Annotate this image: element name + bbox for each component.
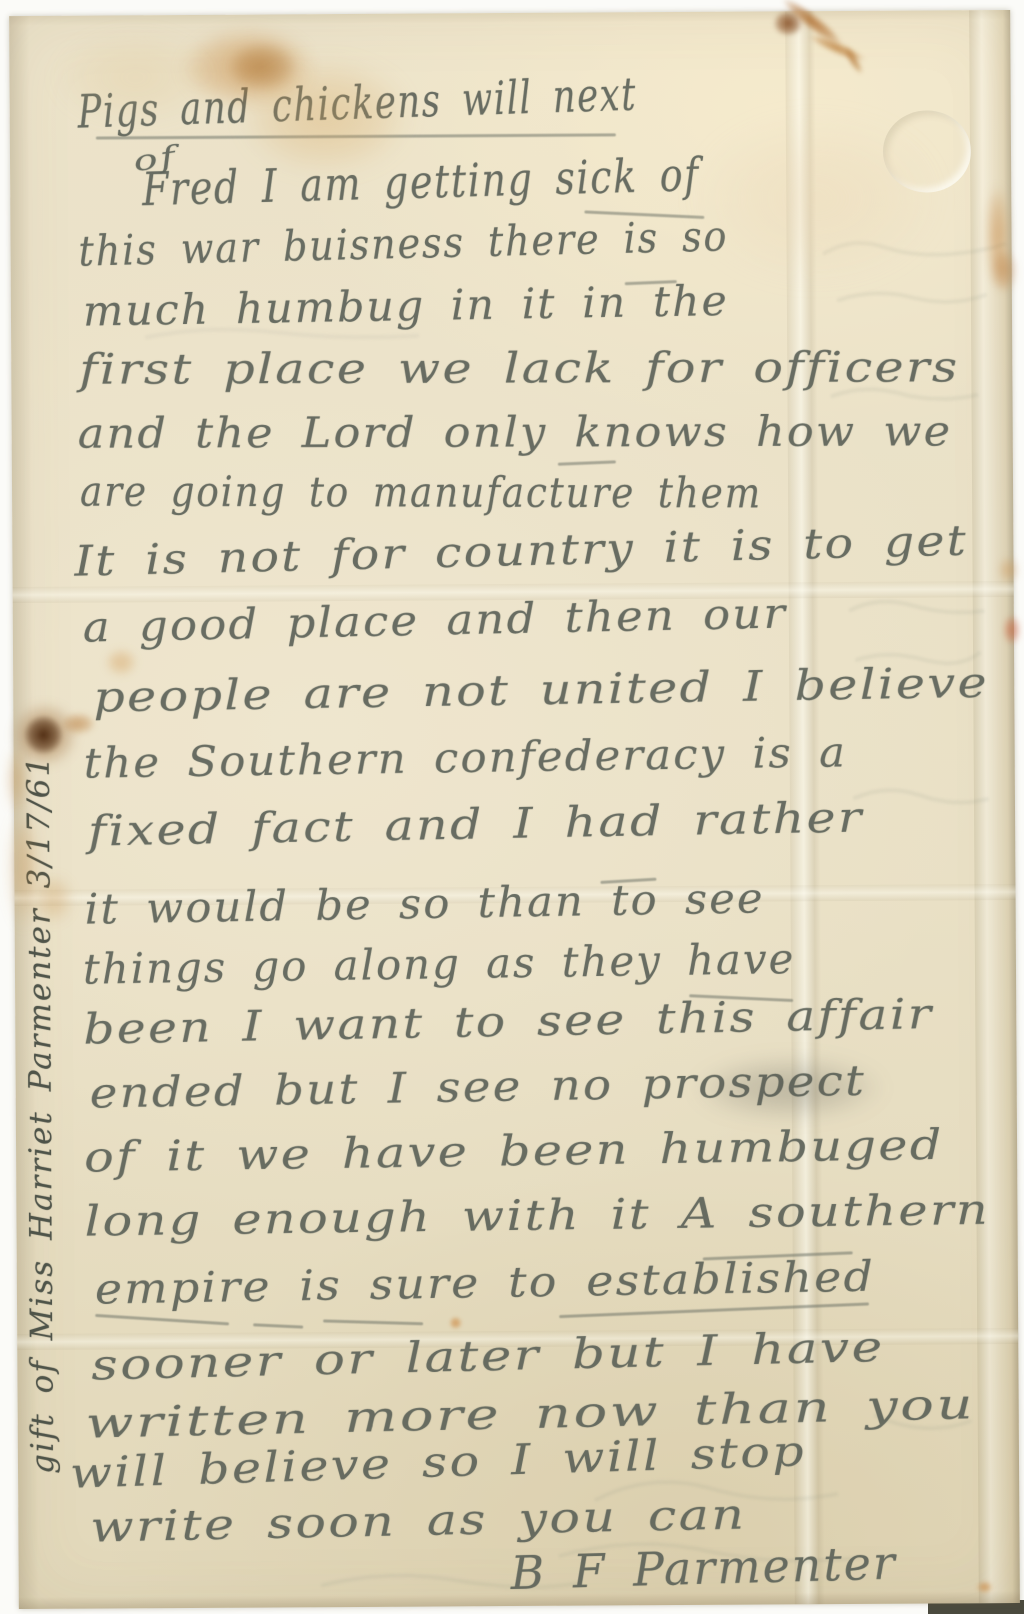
horizontal-crease-1 [13, 581, 1014, 603]
letter-line: write soon as you can [90, 1493, 747, 1548]
stain-blob [449, 1316, 462, 1329]
stain-streak [8, 809, 39, 929]
letter-line: empire is sure to established [95, 1256, 876, 1311]
pencil-mark [96, 133, 616, 139]
letter-line: people are not united I believe [93, 662, 989, 719]
stain-streak [6, 745, 28, 815]
pencil-mark [600, 878, 656, 884]
pencil-mark [625, 280, 677, 285]
stain-blob [991, 249, 1017, 293]
bottom-edge-shadow [19, 1591, 1020, 1609]
stain-blob [998, 557, 1018, 583]
letter-line: of [132, 142, 180, 176]
letter-line: sooner or later but I have [91, 1326, 885, 1387]
letter-scan: gift of Miss Harriet Parmenter 3/17/61 P… [0, 0, 1024, 1614]
stain-blob [61, 713, 95, 735]
letter-line: long enough with it A southern [84, 1189, 990, 1243]
stain-blob [23, 715, 63, 755]
stain-streak [778, 0, 846, 50]
right-fold-edge [969, 10, 1020, 1603]
letter-line: it would be so than to see [84, 877, 765, 930]
pencil-mark [689, 994, 793, 1002]
stain-layer [9, 10, 1020, 1609]
letter-line: things go along as they have [83, 938, 796, 991]
stain-streak [807, 30, 867, 65]
pencil-mark [323, 1319, 423, 1325]
stain-blob [694, 1056, 884, 1121]
stain-blob [105, 648, 137, 676]
letter-line: B F Parmenter [510, 1540, 897, 1596]
embossed-seal [883, 110, 971, 193]
letter-line: written more now than you [85, 1383, 975, 1444]
stain-blob [227, 41, 297, 91]
stain-blob [180, 27, 315, 108]
horizontal-crease-2 [14, 884, 1015, 906]
letter-line: ended but I see no prospect [89, 1060, 866, 1115]
stain-blob [34, 875, 72, 923]
pencil-mark [703, 1251, 853, 1260]
left-edge-shadow [9, 16, 39, 1609]
ink-bleedthrough [0, 0, 1024, 1614]
pencil-mark [253, 1323, 303, 1328]
letter-line: the Southern confederacy is a [83, 731, 847, 784]
center-fold-crease [785, 11, 825, 1604]
letter-line: Fred I am getting sick of [141, 151, 700, 212]
letter-line: this war buisness there is so [78, 215, 729, 272]
handwriting-layer: gift of Miss Harriet Parmenter 3/17/61 P… [9, 10, 1020, 1609]
letter-line: been I want to see this affair [83, 993, 934, 1051]
letter-line: much humbug in it in the [83, 280, 730, 333]
stain-streak [986, 185, 1009, 285]
stain-blob [240, 59, 411, 175]
stain-blob [55, 32, 216, 123]
stain-blob [11, 703, 77, 767]
letter-line: are going to manufacture them [80, 471, 762, 515]
pencil-mark [95, 1314, 229, 1326]
stain-blob [1003, 615, 1021, 645]
letter-line: Pigs and chickens will next [77, 71, 638, 135]
top-edge-shadow [9, 10, 1010, 26]
letter-line: a good place and then our [82, 593, 787, 649]
stain-streak [841, 44, 866, 76]
pencil-mark [584, 210, 704, 219]
letter-page: gift of Miss Harriet Parmenter 3/17/61 P… [9, 10, 1020, 1609]
pencil-mark [559, 1302, 869, 1318]
letter-line: will believe so I will stop [69, 1430, 806, 1494]
horizontal-crease-3 [17, 1328, 1018, 1350]
letter-line: fixed fact and I had rather [88, 796, 864, 852]
letter-line: of it we have been humbuged [84, 1124, 944, 1179]
marginalia-note: gift of Miss Harriet Parmenter 3/17/61 [22, 755, 60, 1474]
letter-line: and the Lord only knows how we [78, 410, 953, 454]
pencil-mark [558, 460, 616, 465]
letter-line: first place we lack for officers [79, 346, 959, 390]
letter-line: It is not for country it is to get [74, 520, 969, 583]
